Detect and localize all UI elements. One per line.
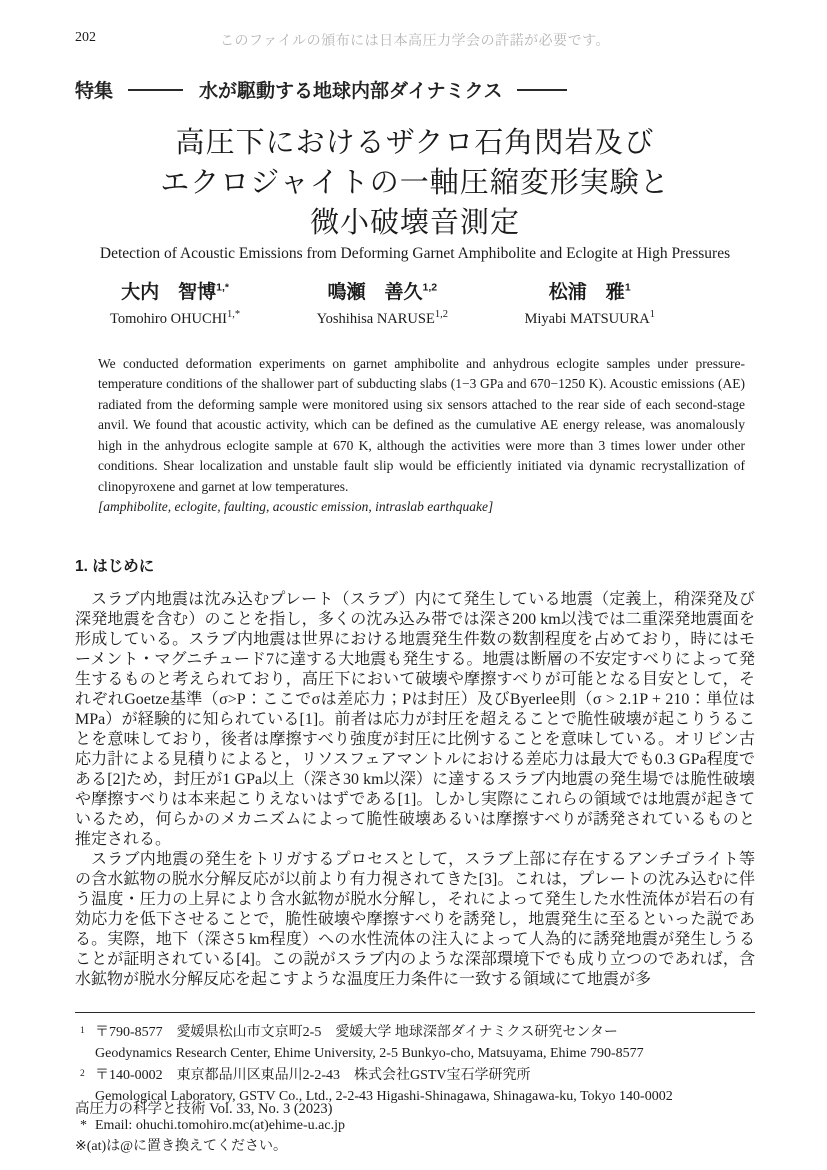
footnote-2-marker: 2 <box>80 1064 85 1086</box>
page-content: 202 このファイルの頒布には日本高圧力学会の許諾が必要です。 特集 水が駆動す… <box>0 0 827 1158</box>
feature-title: 水が駆動する地球内部ダイナミクス <box>199 76 502 103</box>
article-title-jp-line3: 微小破壊音測定 <box>75 203 755 243</box>
abstract-block: We conducted deformation experiments on … <box>98 354 745 518</box>
keywords-line: [amphibolite, eclogite, faulting, acoust… <box>98 497 745 518</box>
email-line: * Email: ohuchi.tomohiro.mc(at)ehime-u.a… <box>75 1115 755 1137</box>
author-3: 松浦 雅1 Miyabi MATSUURA1 <box>524 277 655 328</box>
email-text: Email: ohuchi.tomohiro.mc(at)ehime-u.ac.… <box>95 1118 345 1133</box>
author-3-jp-text: 松浦 雅 <box>549 282 625 303</box>
footnote-1-en: Geodynamics Research Center, Ehime Unive… <box>95 1043 755 1065</box>
journal-footer: 高圧力の科学と技術 Vol. 33, No. 3 (2023) <box>75 1097 333 1118</box>
author-2-name-en: Yoshihisa NARUSE1,2 <box>317 309 448 328</box>
divider-dash-right <box>517 89 567 91</box>
document-page: 202 このファイルの頒布には日本高圧力学会の許諾が必要です。 特集 水が駆動す… <box>0 0 827 1170</box>
feature-label: 特集 <box>75 76 113 103</box>
footnotes-block: 1 〒790-8577 愛媛県松山市文京町2-5 愛媛大学 地球深部ダイナミクス… <box>75 1022 755 1108</box>
author-2-en-text: Yoshihisa NARUSE <box>317 311 435 327</box>
article-title-jp-line2: エクロジャイトの一軸圧縮変形実験と <box>75 163 755 203</box>
page-header: 202 このファイルの頒布には日本高圧力学会の許諾が必要です。 <box>75 30 755 48</box>
section-1-paragraph-1: スラブ内地震は沈み込むプレート（スラブ）内にて発生している地震（定義上，稍深発及… <box>75 590 755 850</box>
author-list: 大内 智博1,* Tomohiro OHUCHI1,* 鳴瀬 善久1,2 Yos… <box>110 277 655 328</box>
divider-dash-left <box>128 89 183 91</box>
email-marker: * <box>80 1115 87 1137</box>
section-1-paragraph-2: スラブ内地震の発生をトリガするプロセスとして，スラブ上部に存在するアンチゴライト… <box>75 850 755 990</box>
footnote-2-jp: 〒140-0002 東京都品川区東品川2-2-43 株式会社GSTV宝石学研究所 <box>95 1065 755 1087</box>
author-1-jp-superscript: 1,* <box>216 282 229 294</box>
author-1: 大内 智博1,* Tomohiro OHUCHI1,* <box>110 277 240 328</box>
distribution-notice: このファイルの頒布には日本高圧力学会の許諾が必要です。 <box>220 30 610 50</box>
special-feature-row: 特集 水が駆動する地球内部ダイナミクス <box>75 76 755 103</box>
author-1-jp-text: 大内 智博 <box>121 282 216 303</box>
article-title-jp: 高圧下におけるザクロ石角閃岩及び エクロジャイトの一軸圧縮変形実験と 微小破壊音… <box>75 123 755 243</box>
author-3-en-text: Miyabi MATSUURA <box>524 311 649 327</box>
article-title-jp-line1: 高圧下におけるザクロ石角閃岩及び <box>75 123 755 163</box>
author-2-jp-text: 鳴瀬 善久 <box>327 282 422 303</box>
author-2-en-superscript: 1,2 <box>435 309 448 320</box>
footnote-rule <box>75 1012 755 1013</box>
author-1-name-en: Tomohiro OHUCHI1,* <box>110 309 240 328</box>
section-1-body: スラブ内地震は沈み込むプレート（スラブ）内にて発生している地震（定義上，稍深発及… <box>75 590 755 990</box>
abstract-text: We conducted deformation experiments on … <box>98 354 745 498</box>
author-1-en-superscript: 1,* <box>227 309 240 320</box>
email-replace-note: ※(at)は@に置き換えてください。 <box>75 1136 755 1158</box>
page-number: 202 <box>75 30 96 46</box>
author-3-en-superscript: 1 <box>650 309 655 320</box>
author-3-jp-superscript: 1 <box>625 282 631 294</box>
author-3-name-jp: 松浦 雅1 <box>524 277 655 304</box>
author-2-name-jp: 鳴瀬 善久1,2 <box>317 277 448 304</box>
contact-block: * Email: ohuchi.tomohiro.mc(at)ehime-u.a… <box>75 1115 755 1158</box>
footnote-1-marker: 1 <box>80 1021 85 1043</box>
footnote-1-jp: 〒790-8577 愛媛県松山市文京町2-5 愛媛大学 地球深部ダイナミクス研究… <box>95 1022 755 1044</box>
author-2-jp-superscript: 1,2 <box>423 282 438 294</box>
author-1-en-text: Tomohiro OHUCHI <box>110 311 227 327</box>
author-1-name-jp: 大内 智博1,* <box>110 277 240 304</box>
section-1-heading: 1. はじめに <box>75 554 755 576</box>
footnote-1: 1 〒790-8577 愛媛県松山市文京町2-5 愛媛大学 地球深部ダイナミクス… <box>75 1022 755 1065</box>
author-2: 鳴瀬 善久1,2 Yoshihisa NARUSE1,2 <box>317 277 448 328</box>
article-title-en: Detection of Acoustic Emissions from Def… <box>75 245 755 263</box>
author-3-name-en: Miyabi MATSUURA1 <box>524 309 655 328</box>
